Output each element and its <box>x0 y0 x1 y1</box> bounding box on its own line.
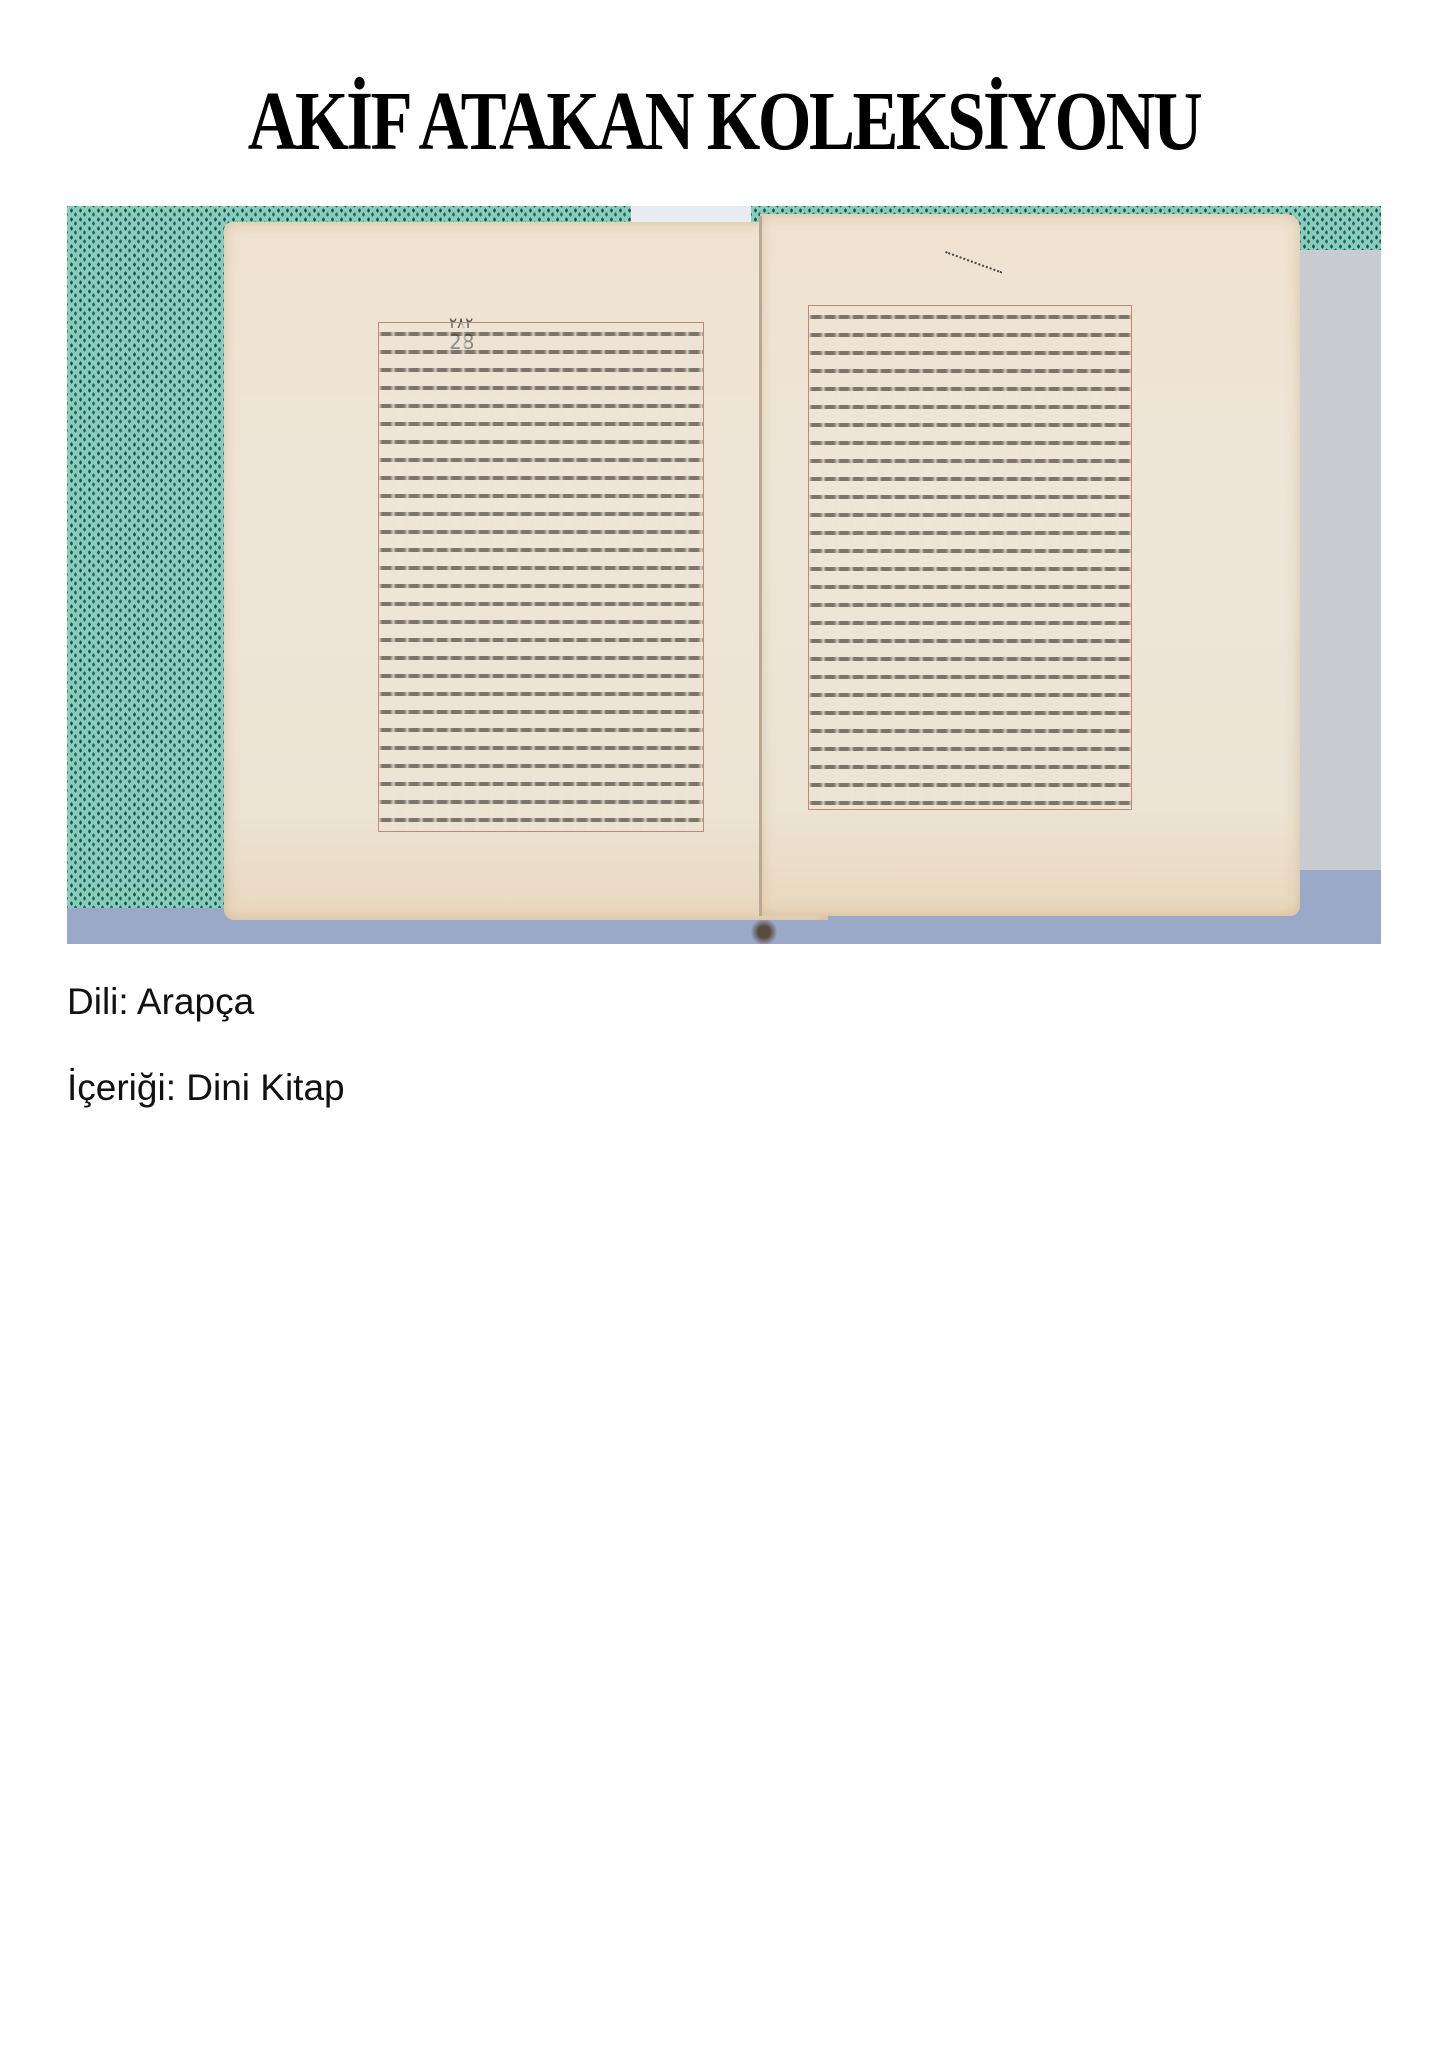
text-block-left <box>378 322 704 832</box>
language-label: Dili: <box>67 981 129 1022</box>
page-title: AKİF ATAKAN KOLEKSİYONU <box>130 72 1317 172</box>
language-value: Arapça <box>137 981 254 1022</box>
book-gutter <box>759 216 762 916</box>
content-value: Dini Kitap <box>186 1067 344 1108</box>
language-line: Dili: Arapça <box>67 980 254 1024</box>
manuscript-photo: ٢٨٢ 28 <box>67 206 1381 944</box>
marginal-note <box>942 251 1002 283</box>
content-line: İçeriği: Dini Kitap <box>67 1066 345 1110</box>
gray-board <box>1300 250 1381 870</box>
content-label: İçeriği: <box>67 1067 176 1108</box>
spine-shadow <box>749 920 779 944</box>
gray-board-bottom <box>1300 870 1381 908</box>
text-block-right <box>808 305 1132 810</box>
paper-tab <box>631 206 751 222</box>
